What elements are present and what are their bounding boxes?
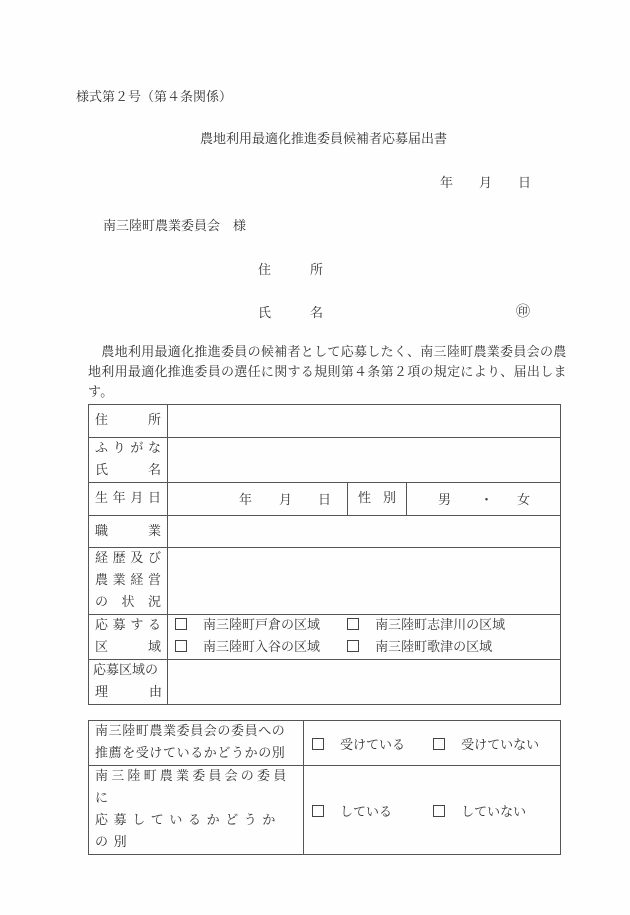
status-table: 南三陸町農業委員会の委員への 推薦を受けているかどうかの別 受けている 受けてい… <box>88 720 561 855</box>
recommendation-options: 受けている 受けていない <box>304 721 561 766</box>
region-option-utatsu[interactable]: 南三陸町歌津の区域 <box>347 637 492 659</box>
career-label: 経歴及び 農業経営 の状況 <box>89 548 168 615</box>
name-field[interactable] <box>168 438 561 483</box>
region-label: 応募する 区域 <box>89 615 168 660</box>
checkbox-icon[interactable] <box>347 640 359 652</box>
birthdate-field[interactable]: 年 月 日 <box>168 483 348 516</box>
checkbox-icon[interactable] <box>433 738 445 750</box>
applicant-address-label-1: 住 <box>258 259 271 278</box>
applicant-name-label-2: 名 <box>310 302 323 321</box>
birthdate-label: 生年月日 <box>89 483 168 516</box>
committee-application-label: 南三陸町農業委員会の委員に 応募しているかどうかの別 <box>89 766 304 855</box>
checkbox-icon[interactable] <box>175 640 187 652</box>
region-option-tokura[interactable]: 南三陸町戸倉の区域 <box>175 615 343 637</box>
application-table: 住所 ふりがな 氏名 生年月日 年 月 日 性別 男 ・ 女 <box>88 404 561 705</box>
region-options: 南三陸町戸倉の区域 南三陸町志津川の区域 南三陸町入谷の区域 南三陸町歌津の区域 <box>168 615 561 660</box>
checkbox-icon[interactable] <box>312 738 324 750</box>
committee-application-options: している していない <box>304 766 561 855</box>
address-field[interactable] <box>168 405 561 438</box>
seal-icon: ㊞ <box>516 301 530 321</box>
reason-field[interactable] <box>168 660 561 705</box>
occupation-label: 職業 <box>89 516 168 548</box>
applicant-name-label-1: 氏 <box>258 302 271 321</box>
checkbox-icon[interactable] <box>175 618 187 630</box>
date-month: 月 <box>479 172 492 191</box>
address-label: 住所 <box>89 405 168 438</box>
career-field[interactable] <box>168 548 561 615</box>
recommended-no-option[interactable]: 受けていない <box>433 734 539 753</box>
sex-field[interactable]: 男 ・ 女 <box>407 483 561 516</box>
sex-male-option[interactable]: 男 <box>438 489 451 508</box>
reason-label: 応募区域の 理由 <box>89 660 168 705</box>
date-day: 日 <box>518 172 531 191</box>
sex-label: 性別 <box>348 483 407 516</box>
furigana-name-label: ふりがな 氏名 <box>89 438 168 483</box>
region-option-iriya[interactable]: 南三陸町入谷の区域 <box>175 637 343 659</box>
region-option-shizugawa[interactable]: 南三陸町志津川の区域 <box>347 615 505 637</box>
sex-female-option[interactable]: 女 <box>517 489 530 508</box>
body-paragraph: 農地利用最適化推進委員の候補者として応募したく、南三陸町農業委員会の農地利用最適… <box>88 343 568 403</box>
addressee: 南三陸町農業委員会 様 <box>103 215 246 234</box>
form-title: 農地利用最適化推進委員候補者応募届出書 <box>200 128 447 147</box>
recommendation-label: 南三陸町農業委員会の委員への 推薦を受けているかどうかの別 <box>89 721 304 766</box>
occupation-field[interactable] <box>168 516 561 548</box>
recommended-yes-option[interactable]: 受けている <box>312 734 429 753</box>
applicant-address-label-2: 所 <box>310 259 323 278</box>
date-year: 年 <box>440 172 453 191</box>
checkbox-icon[interactable] <box>312 805 324 817</box>
applied-no-option[interactable]: していない <box>433 801 526 820</box>
checkbox-icon[interactable] <box>347 618 359 630</box>
applied-yes-option[interactable]: している <box>312 801 429 820</box>
checkbox-icon[interactable] <box>433 805 445 817</box>
form-number: 様式第２号（第４条関係） <box>76 86 232 105</box>
